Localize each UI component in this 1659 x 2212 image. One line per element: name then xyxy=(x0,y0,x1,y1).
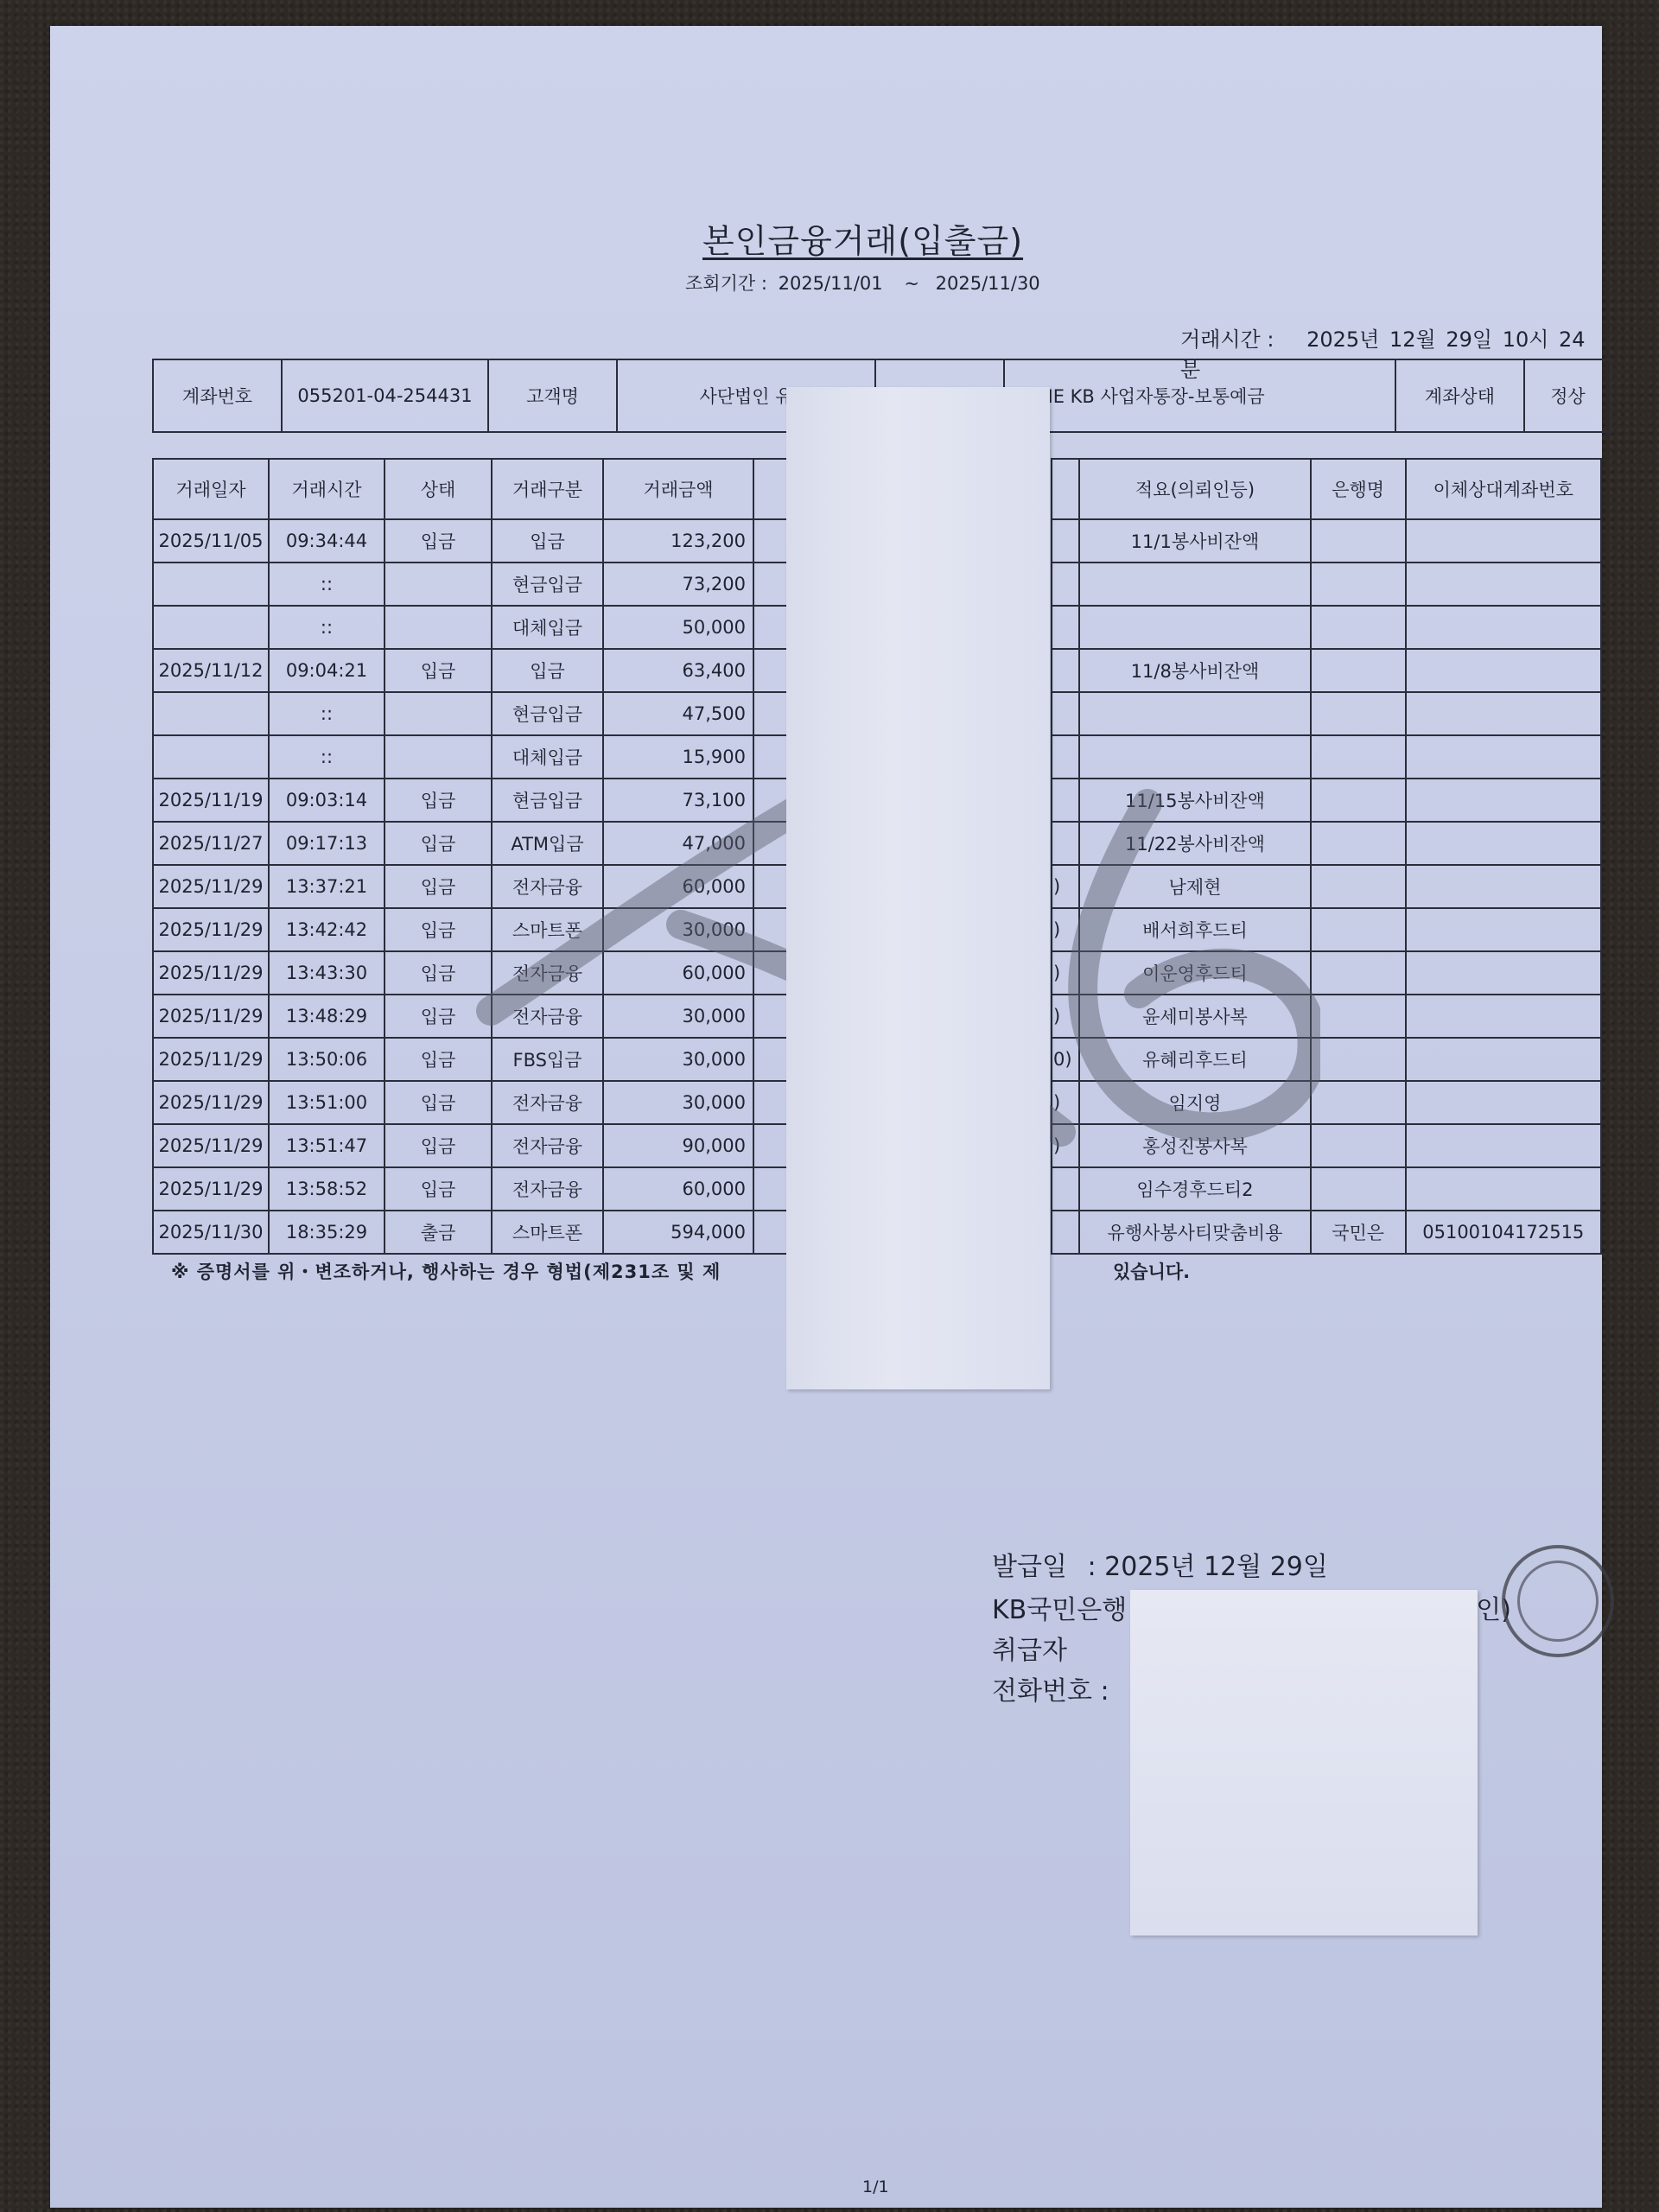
cell-memo: 11/15봉사비잔액 xyxy=(1079,779,1311,822)
handler-label: 취급자 xyxy=(992,1629,1067,1667)
cell-memo: 이운영후드티 xyxy=(1079,951,1311,995)
document-title: 본인금융거래(입출금) xyxy=(702,214,1023,262)
table-row: ::현금입금47,500 xyxy=(153,692,791,735)
cell-bank xyxy=(1311,995,1406,1038)
issue-date: 발급일 : 2025년 12월 29일 xyxy=(992,1545,1328,1583)
cell-status: 입금 xyxy=(385,779,492,822)
cell-amount: 60,000 xyxy=(603,865,753,908)
legal-notice-tail: 있습니다. xyxy=(1113,1258,1190,1284)
cell-status xyxy=(385,606,492,649)
cell-counter-account xyxy=(1406,1081,1601,1124)
cell-status: 입금 xyxy=(385,649,492,692)
transactions-table-left: 거래일자거래시간상태거래구분거래금액 2025/11/0509:34:44입금입… xyxy=(152,458,792,1255)
cell-date: 2025/11/29 xyxy=(153,951,269,995)
cell-memo-edge xyxy=(1052,735,1079,779)
cell-bank xyxy=(1311,822,1406,865)
page-number: 1/1 xyxy=(862,2177,889,2196)
cell-amount: 30,000 xyxy=(603,908,753,951)
cell-time: 18:35:29 xyxy=(269,1211,385,1254)
column-header: 거래구분 xyxy=(492,459,603,519)
cell-time: :: xyxy=(269,692,385,735)
table-row: 2025/11/2913:48:29입금전자금융30,000 xyxy=(153,995,791,1038)
cell-bank xyxy=(1311,1081,1406,1124)
cell-memo: 배서희후드티 xyxy=(1079,908,1311,951)
table-row: )남제현 xyxy=(1052,865,1601,908)
cell-bank xyxy=(1311,951,1406,995)
cell-amount: 30,000 xyxy=(603,1081,753,1124)
table-row: 2025/11/2913:51:00입금전자금융30,000 xyxy=(153,1081,791,1124)
cell-time: :: xyxy=(269,563,385,606)
cell-type: 현금입금 xyxy=(492,563,603,606)
cell-counter-account xyxy=(1406,692,1601,735)
cell-memo xyxy=(1079,606,1311,649)
cell-bank xyxy=(1311,563,1406,606)
table-row: 2025/11/2913:58:52입금전자금융60,000 xyxy=(153,1167,791,1211)
issue-date-label: 발급일 xyxy=(992,1552,1067,1582)
bank-seal-stamp xyxy=(1502,1545,1614,1657)
cell-counter-account xyxy=(1406,1038,1601,1081)
period-label: 조회기간 : xyxy=(685,273,767,294)
table-row: ::대체입금50,000 xyxy=(153,606,791,649)
table-row: 2025/11/3018:35:29출금스마트폰594,000 xyxy=(153,1211,791,1254)
cell-bank xyxy=(1311,1124,1406,1167)
cell-type: 전자금융 xyxy=(492,951,603,995)
cell-type: 스마트폰 xyxy=(492,908,603,951)
cell-time: 13:43:30 xyxy=(269,951,385,995)
column-header: 거래시간 xyxy=(269,459,385,519)
cell-type: ATM입금 xyxy=(492,822,603,865)
cell-counter-account xyxy=(1406,1124,1601,1167)
cell-status: 입금 xyxy=(385,865,492,908)
cell-memo-edge xyxy=(1052,563,1079,606)
cell-counter-account xyxy=(1406,649,1601,692)
cell-type: 현금입금 xyxy=(492,779,603,822)
cell-memo: 11/22봉사비잔액 xyxy=(1079,822,1311,865)
cell-status: 입금 xyxy=(385,1081,492,1124)
table-row: ::대체입금15,900 xyxy=(153,735,791,779)
cell-time: :: xyxy=(269,606,385,649)
cell-status: 출금 xyxy=(385,1211,492,1254)
column-header: 거래일자 xyxy=(153,459,269,519)
cell-date xyxy=(153,563,269,606)
cell-bank xyxy=(1311,865,1406,908)
cell-memo-edge: ) xyxy=(1052,865,1079,908)
cell-memo-edge: ) xyxy=(1052,908,1079,951)
table-row: 2025/11/2913:50:06입금FBS입금30,000 xyxy=(153,1038,791,1081)
cell-status xyxy=(385,563,492,606)
cell-counter-account xyxy=(1406,822,1601,865)
cell-memo: 11/8봉사비잔액 xyxy=(1079,649,1311,692)
cell-memo-edge: ) xyxy=(1052,1124,1079,1167)
table-row: 11/8봉사비잔액 xyxy=(1052,649,1601,692)
table-row: 2025/11/1209:04:21입금입금63,400 xyxy=(153,649,791,692)
cell-counter-account xyxy=(1406,865,1601,908)
period-separator: ~ xyxy=(904,273,919,294)
period-from: 2025/11/01 xyxy=(779,273,883,294)
cell-amount: 47,000 xyxy=(603,822,753,865)
cell-type: 전자금융 xyxy=(492,865,603,908)
cell-memo-edge: ) xyxy=(1052,1081,1079,1124)
cell-counter-account xyxy=(1406,735,1601,779)
cell-bank xyxy=(1311,1167,1406,1211)
cell-time: 13:51:00 xyxy=(269,1081,385,1124)
cell-amount: 60,000 xyxy=(603,1167,753,1211)
table-row xyxy=(1052,735,1601,779)
cell-type: 현금입금 xyxy=(492,692,603,735)
transactions-table-right: 적요(의뢰인등)은행명이체상대계좌번호 11/1봉사비잔액11/8봉사비잔액11… xyxy=(1051,458,1602,1255)
cell-bank xyxy=(1311,1038,1406,1081)
cell-time: :: xyxy=(269,735,385,779)
cell-status: 입금 xyxy=(385,908,492,951)
redaction-paper-strip xyxy=(786,387,1050,1389)
table-row: 0)유혜리후드티 xyxy=(1052,1038,1601,1081)
cell-memo: 유행사봉사티맞춤비용 xyxy=(1079,1211,1311,1254)
column-header-partial xyxy=(1052,459,1079,519)
table-row: 11/1봉사비잔액 xyxy=(1052,519,1601,563)
cell-memo-edge xyxy=(1052,1211,1079,1254)
cell-memo-edge: 0) xyxy=(1052,1038,1079,1081)
table-row: )배서희후드티 xyxy=(1052,908,1601,951)
column-header: 적요(의뢰인등) xyxy=(1079,459,1311,519)
cell-status: 입금 xyxy=(385,1167,492,1211)
account-status-label: 계좌상태 xyxy=(1395,359,1524,432)
table-row: 2025/11/2913:51:47입금전자금융90,000 xyxy=(153,1124,791,1167)
account-number-value: 055201-04-254431 xyxy=(282,359,488,432)
cell-time: 13:48:29 xyxy=(269,995,385,1038)
cell-memo xyxy=(1079,735,1311,779)
table-row: )윤세미봉사복 xyxy=(1052,995,1601,1038)
table-row: 2025/11/2709:17:13입금ATM입금47,000 xyxy=(153,822,791,865)
cell-status: 입금 xyxy=(385,951,492,995)
legal-notice: ※ 증명서를 위・변조하거나, 행사하는 경우 형법(제231조 및 제 xyxy=(171,1258,721,1284)
table-row xyxy=(1052,563,1601,606)
cell-type: 대체입금 xyxy=(492,735,603,779)
cell-type: 전자금융 xyxy=(492,995,603,1038)
cell-time: 13:42:42 xyxy=(269,908,385,951)
cell-amount: 73,100 xyxy=(603,779,753,822)
cell-time: 13:58:52 xyxy=(269,1167,385,1211)
cell-counter-account xyxy=(1406,951,1601,995)
cell-date: 2025/11/29 xyxy=(153,865,269,908)
document-page: 본인금융거래(입출금) 조회기간 : 2025/11/01 ~ 2025/11/… xyxy=(50,26,1602,2208)
table-row: 11/15봉사비잔액 xyxy=(1052,779,1601,822)
cell-time: 09:04:21 xyxy=(269,649,385,692)
cell-status: 입금 xyxy=(385,1124,492,1167)
table-row: 임수경후드티2 xyxy=(1052,1167,1601,1211)
cell-bank xyxy=(1311,692,1406,735)
customer-name-label: 고객명 xyxy=(488,359,617,432)
cell-amount: 47,500 xyxy=(603,692,753,735)
cell-bank xyxy=(1311,519,1406,563)
cell-memo: 임지영 xyxy=(1079,1081,1311,1124)
cell-time: 09:03:14 xyxy=(269,779,385,822)
issuing-bank-label: KB국민은행 xyxy=(992,1588,1127,1626)
cell-type: 대체입금 xyxy=(492,606,603,649)
issue-date-value: : 2025년 12월 29일 xyxy=(1088,1552,1328,1582)
cell-amount: 594,000 xyxy=(603,1211,753,1254)
cell-date: 2025/11/27 xyxy=(153,822,269,865)
cell-memo-edge: ) xyxy=(1052,951,1079,995)
cell-amount: 60,000 xyxy=(603,951,753,995)
cell-memo xyxy=(1079,692,1311,735)
cell-counter-account xyxy=(1406,1167,1601,1211)
cell-type: 스마트폰 xyxy=(492,1211,603,1254)
cell-memo-edge xyxy=(1052,1167,1079,1211)
table-row xyxy=(1052,606,1601,649)
cell-time: 13:37:21 xyxy=(269,865,385,908)
cell-counter-account xyxy=(1406,606,1601,649)
cell-date: 2025/11/30 xyxy=(153,1211,269,1254)
cell-time: 13:51:47 xyxy=(269,1124,385,1167)
column-header: 은행명 xyxy=(1311,459,1406,519)
cell-memo: 유혜리후드티 xyxy=(1079,1038,1311,1081)
cell-amount: 15,900 xyxy=(603,735,753,779)
cell-time: 09:17:13 xyxy=(269,822,385,865)
cell-memo-edge: ) xyxy=(1052,995,1079,1038)
cell-bank xyxy=(1311,606,1406,649)
cell-date: 2025/11/29 xyxy=(153,1038,269,1081)
cell-amount: 90,000 xyxy=(603,1124,753,1167)
table-row: 2025/11/0509:34:44입금입금123,200 xyxy=(153,519,791,563)
cell-status: 입금 xyxy=(385,519,492,563)
cell-type: 입금 xyxy=(492,519,603,563)
cell-counter-account xyxy=(1406,995,1601,1038)
cell-type: 전자금융 xyxy=(492,1167,603,1211)
cell-bank xyxy=(1311,735,1406,779)
cell-date: 2025/11/29 xyxy=(153,908,269,951)
cell-memo: 임수경후드티2 xyxy=(1079,1167,1311,1211)
column-header: 거래금액 xyxy=(603,459,753,519)
cell-amount: 73,200 xyxy=(603,563,753,606)
cell-date xyxy=(153,692,269,735)
cell-type: FBS입금 xyxy=(492,1038,603,1081)
cell-time: 13:50:06 xyxy=(269,1038,385,1081)
cell-counter-account xyxy=(1406,779,1601,822)
column-header: 상태 xyxy=(385,459,492,519)
product-value: NE KB 사업자통장-보통예금 xyxy=(1004,359,1395,432)
cell-amount: 123,200 xyxy=(603,519,753,563)
cell-date xyxy=(153,735,269,779)
cell-date: 2025/11/29 xyxy=(153,1124,269,1167)
cell-date: 2025/11/05 xyxy=(153,519,269,563)
cell-counter-account xyxy=(1406,563,1601,606)
cell-date: 2025/11/29 xyxy=(153,1167,269,1211)
account-status-value: 정상 xyxy=(1524,359,1611,432)
cell-status: 입금 xyxy=(385,822,492,865)
table-row: 2025/11/2913:42:42입금스마트폰30,000 xyxy=(153,908,791,951)
cell-amount: 50,000 xyxy=(603,606,753,649)
cell-date xyxy=(153,606,269,649)
cell-memo-edge xyxy=(1052,519,1079,563)
table-row: 2025/11/2913:37:21입금전자금융60,000 xyxy=(153,865,791,908)
table-row: 2025/11/1909:03:14입금현금입금73,100 xyxy=(153,779,791,822)
table-row: 2025/11/2913:43:30입금전자금융60,000 xyxy=(153,951,791,995)
cell-memo-edge xyxy=(1052,692,1079,735)
cell-bank: 국민은 xyxy=(1311,1211,1406,1254)
cell-time: 09:34:44 xyxy=(269,519,385,563)
table-row: 유행사봉사티맞춤비용국민은05100104172515 xyxy=(1052,1211,1601,1254)
cell-date: 2025/11/19 xyxy=(153,779,269,822)
cell-memo: 남제현 xyxy=(1079,865,1311,908)
cell-date: 2025/11/29 xyxy=(153,1081,269,1124)
cell-memo: 윤세미봉사복 xyxy=(1079,995,1311,1038)
cell-memo: 11/1봉사비잔액 xyxy=(1079,519,1311,563)
column-header: 이체상대계좌번호 xyxy=(1406,459,1601,519)
table-row xyxy=(1052,692,1601,735)
cell-bank xyxy=(1311,779,1406,822)
inquiry-period: 조회기간 : 2025/11/01 ~ 2025/11/30 xyxy=(685,270,1046,296)
phone-label: 전화번호 : xyxy=(992,1669,1109,1707)
table-row: )이운영후드티 xyxy=(1052,951,1601,995)
cell-memo-edge xyxy=(1052,606,1079,649)
cell-amount: 30,000 xyxy=(603,995,753,1038)
cell-type: 전자금융 xyxy=(492,1124,603,1167)
cell-status: 입금 xyxy=(385,995,492,1038)
cell-counter-account xyxy=(1406,908,1601,951)
cell-memo: 홍성진봉사복 xyxy=(1079,1124,1311,1167)
table-row: ::현금입금73,200 xyxy=(153,563,791,606)
cell-memo xyxy=(1079,563,1311,606)
table-row: )홍성진봉사복 xyxy=(1052,1124,1601,1167)
cell-bank xyxy=(1311,908,1406,951)
cell-status xyxy=(385,692,492,735)
cell-date: 2025/11/29 xyxy=(153,995,269,1038)
cell-status xyxy=(385,735,492,779)
cell-amount: 30,000 xyxy=(603,1038,753,1081)
cell-bank xyxy=(1311,649,1406,692)
cell-type: 전자금융 xyxy=(492,1081,603,1124)
cell-memo-edge xyxy=(1052,822,1079,865)
table-row: )임지영 xyxy=(1052,1081,1601,1124)
cell-type: 입금 xyxy=(492,649,603,692)
cell-counter-account: 05100104172515 xyxy=(1406,1211,1601,1254)
cell-status: 입금 xyxy=(385,1038,492,1081)
period-to: 2025/11/30 xyxy=(936,273,1040,294)
transaction-time-label: 거래시간 : xyxy=(1180,327,1274,352)
cell-memo-edge xyxy=(1052,649,1079,692)
table-row: 11/22봉사비잔액 xyxy=(1052,822,1601,865)
cell-amount: 63,400 xyxy=(603,649,753,692)
redaction-paper-box xyxy=(1130,1590,1478,1935)
cell-date: 2025/11/12 xyxy=(153,649,269,692)
cell-counter-account xyxy=(1406,519,1601,563)
cell-memo-edge xyxy=(1052,779,1079,822)
account-number-label: 계좌번호 xyxy=(153,359,282,432)
